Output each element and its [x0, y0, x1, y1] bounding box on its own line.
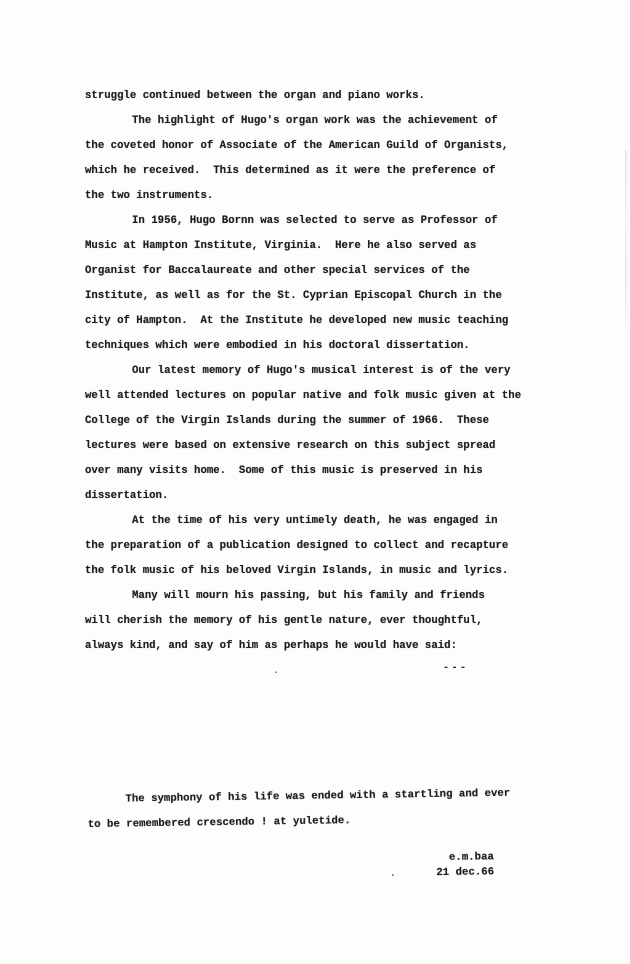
closing-paragraph: The symphony of his life was ended with … — [87, 782, 543, 839]
text-line: which he received. This determined as it… — [85, 159, 555, 184]
paragraph: Our latest memory of Hugo's musical inte… — [85, 359, 555, 509]
text-line: dissertation. — [85, 484, 555, 509]
body-text: struggle continued between the organ and… — [85, 84, 555, 659]
stray-dot-mark: . — [273, 666, 279, 677]
text-line: the folk music of his beloved Virgin Isl… — [85, 559, 555, 584]
signature-date: 21 dec.66 — [436, 865, 494, 881]
text-line: In 1956, Hugo Bornn was selected to serv… — [85, 209, 555, 234]
text-line: city of Hampton. At the Institute he dev… — [85, 309, 555, 334]
text-line: Our latest memory of Hugo's musical inte… — [85, 359, 555, 384]
text-line: over many visits home. Some of this musi… — [85, 459, 555, 484]
text-line: techniques which were embodied in his do… — [85, 334, 555, 359]
signature-initials: e.m.baa — [390, 850, 494, 866]
text-line: well attended lectures on popular native… — [85, 384, 555, 409]
text-line: Institute, as well as for the St. Cypria… — [85, 284, 555, 309]
stray-dot-mark: . — [390, 867, 396, 882]
document-page: struggle continued between the organ and… — [0, 0, 630, 964]
paragraph: The highlight of Hugo's organ work was t… — [85, 109, 555, 209]
dash-separator: --- — [443, 663, 469, 674]
text-line: the two instruments. — [85, 184, 555, 209]
text-line: College of the Virgin Islands during the… — [85, 409, 555, 434]
text-line: Music at Hampton Institute, Virginia. He… — [85, 234, 555, 259]
text-line: Many will mourn his passing, but his fam… — [85, 584, 555, 609]
text-line: will cherish the memory of his gentle na… — [85, 609, 555, 634]
text-line: the coveted honor of Associate of the Am… — [85, 134, 555, 159]
signature-date-row: . 21 dec.66 — [390, 865, 494, 881]
text-line: to be remembered crescendo ! at yuletide… — [88, 807, 543, 839]
paragraph: struggle continued between the organ and… — [85, 84, 555, 109]
paragraph: Many will mourn his passing, but his fam… — [85, 584, 555, 659]
paragraph: At the time of his very untimely death, … — [85, 509, 555, 584]
text-line: Organist for Baccalaureate and other spe… — [85, 259, 555, 284]
signature-block: e.m.baa . 21 dec.66 — [390, 850, 494, 881]
text-line: struggle continued between the organ and… — [85, 84, 555, 109]
paragraph: In 1956, Hugo Bornn was selected to serv… — [85, 209, 555, 359]
text-line: The highlight of Hugo's organ work was t… — [85, 109, 555, 134]
text-line: At the time of his very untimely death, … — [85, 509, 555, 534]
text-line: the preparation of a publication designe… — [85, 534, 555, 559]
separator-row: . --- — [85, 662, 555, 687]
text-line: always kind, and say of him as perhaps h… — [85, 634, 555, 659]
scan-edge-artifact — [625, 150, 627, 330]
text-line: lectures were based on extensive researc… — [85, 434, 555, 459]
